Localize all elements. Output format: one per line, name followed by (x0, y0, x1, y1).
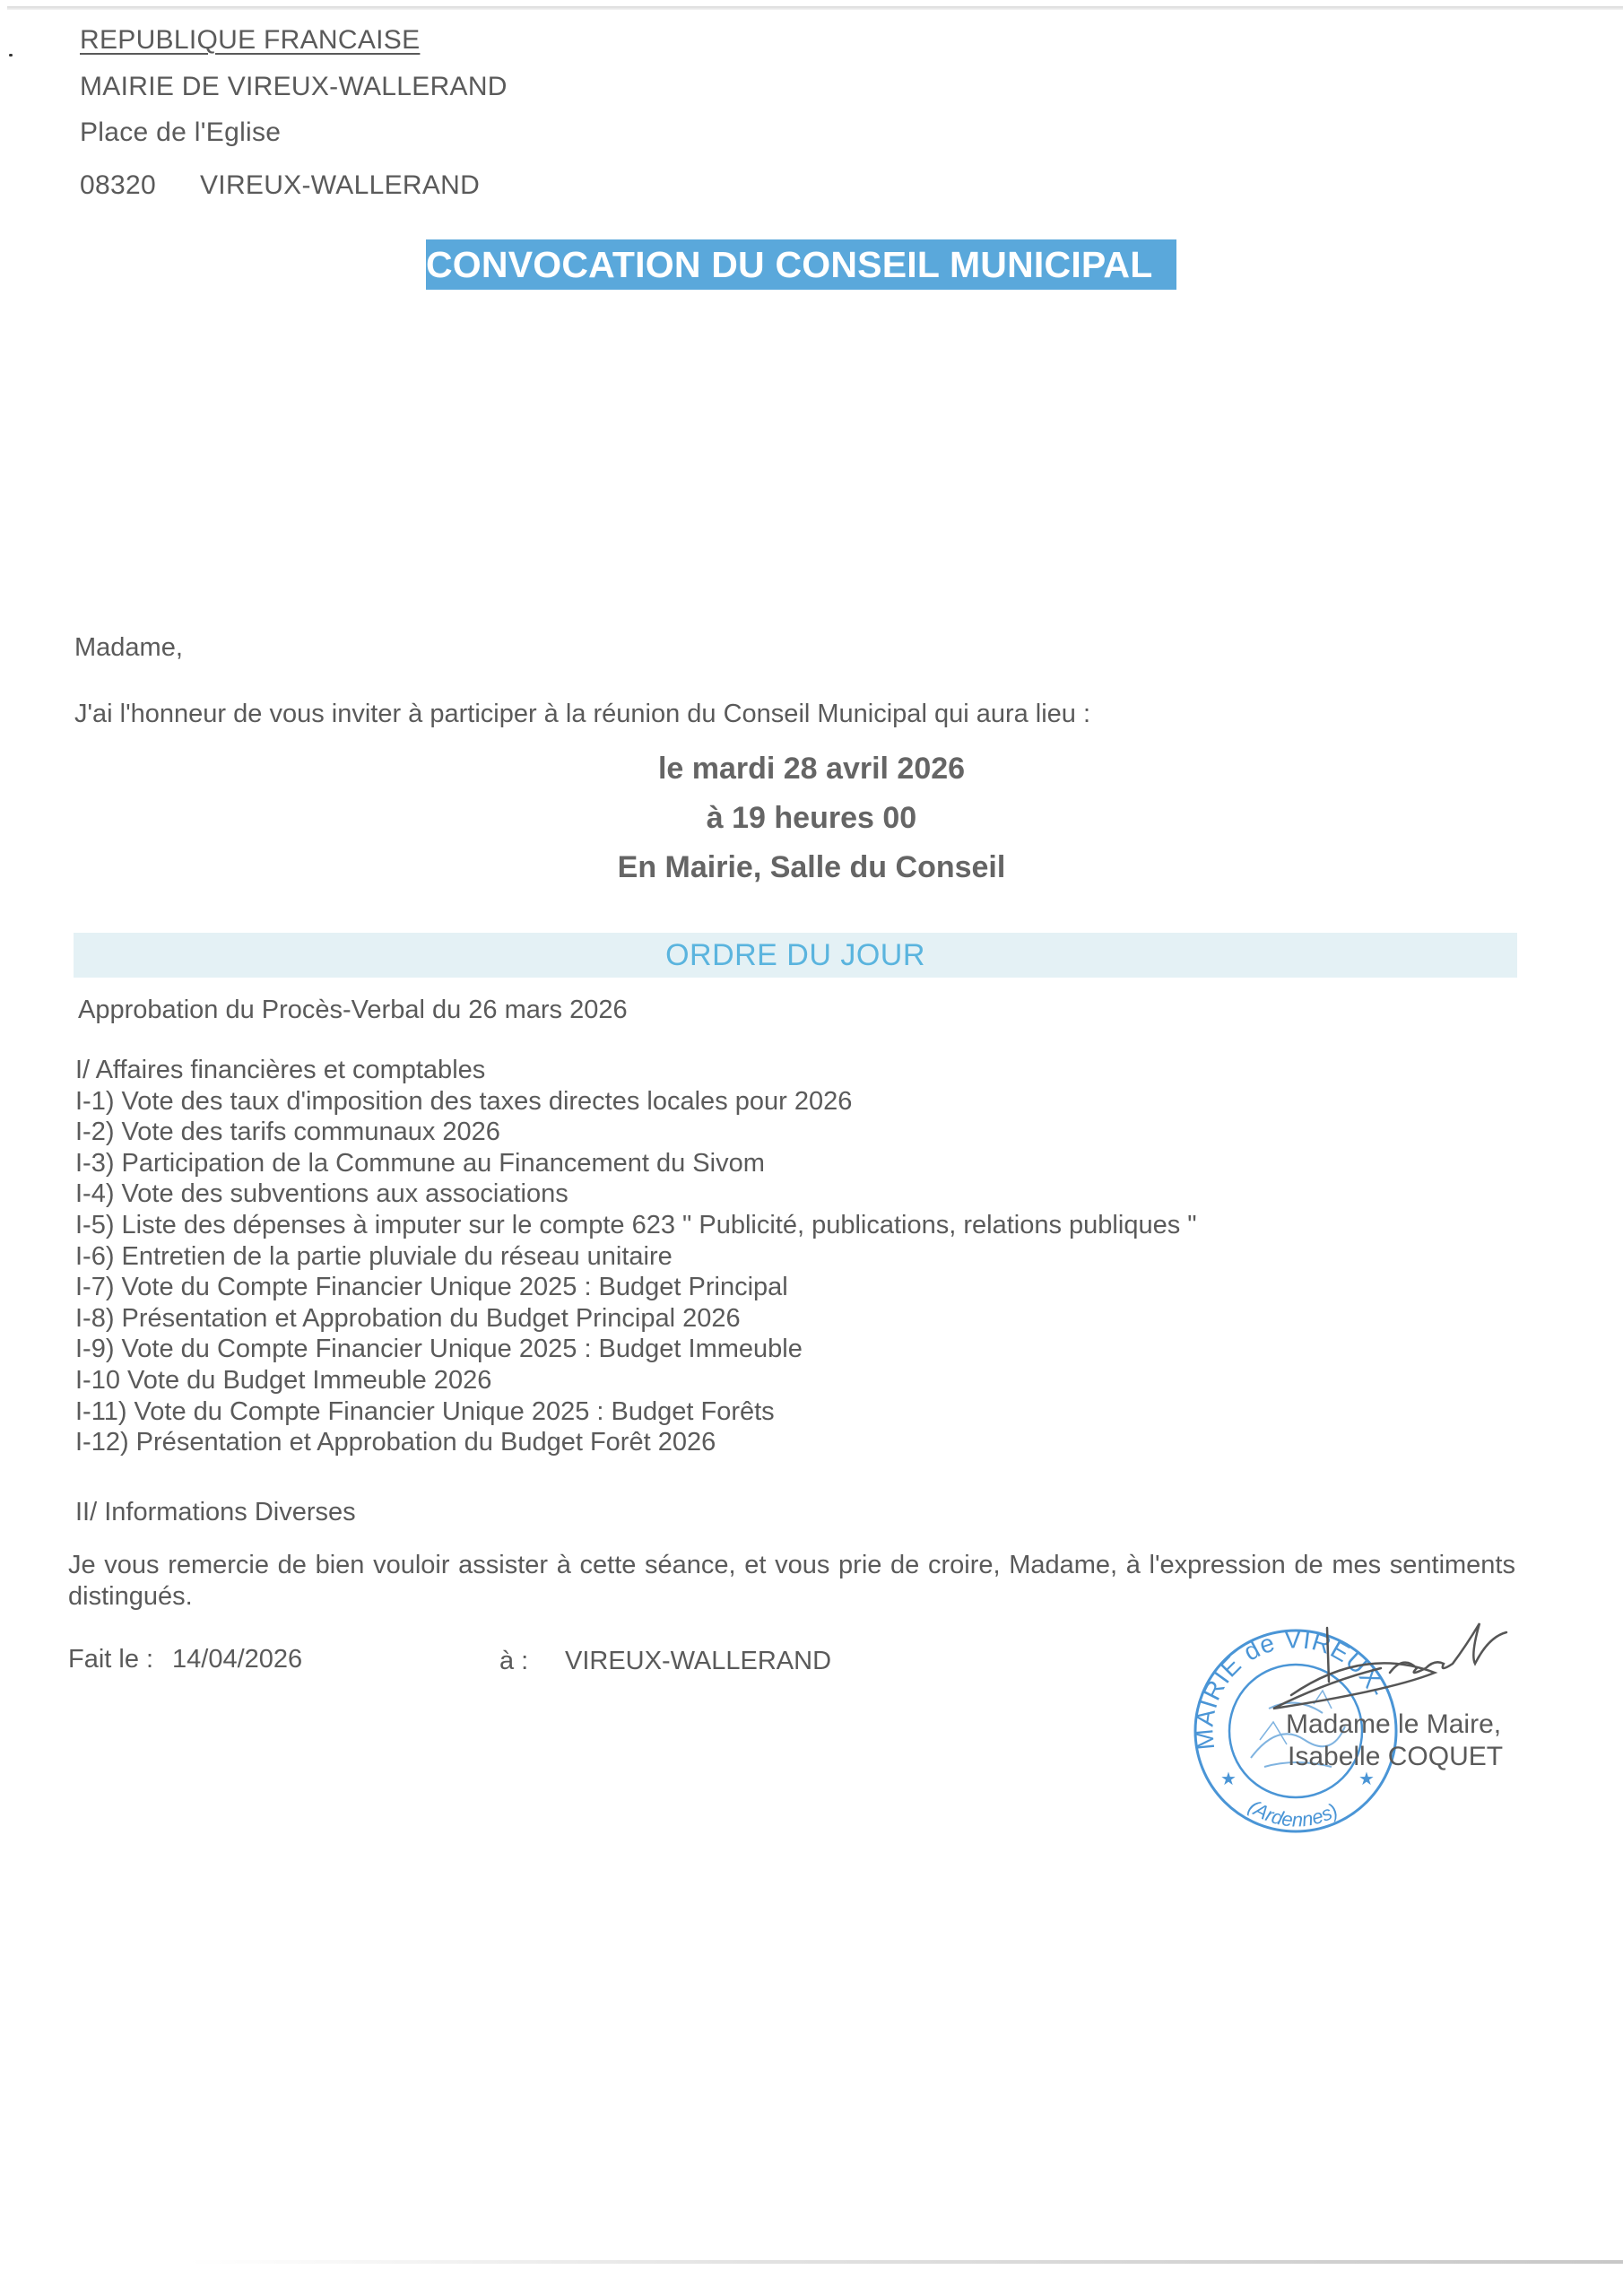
agenda-item: I-1) Vote des taux d'imposition des taxe… (75, 1086, 1197, 1118)
header-mairie: MAIRIE DE VIREUX-WALLERAND (80, 72, 508, 102)
meeting-time: à 19 heures 00 (0, 801, 1623, 836)
signatory-title: Madame le Maire, (1286, 1709, 1501, 1740)
agenda-section-2-title: II/ Informations Diverses (75, 1498, 356, 1527)
signatory-name: Isabelle COQUET (1288, 1742, 1503, 1772)
scan-edge-bottom (188, 2260, 1623, 2264)
agenda-item: I-4) Vote des subventions aux associatio… (75, 1178, 1197, 1210)
agenda-list: I/ Affaires financières et comptables I-… (75, 1055, 1197, 1458)
agenda-item: I-12) Présentation et Approbation du Bud… (75, 1427, 1197, 1458)
invitation-text: J'ai l'honneur de vous inviter à partici… (74, 700, 1090, 729)
agenda-section-1-title: I/ Affaires financières et comptables (75, 1055, 1197, 1086)
header-address: Place de l'Eglise (80, 117, 281, 148)
scan-speck (9, 54, 13, 57)
a-label: à : (499, 1647, 528, 1676)
header-city: VIREUX-WALLERAND (200, 170, 480, 201)
agenda-heading-band: ORDRE DU JOUR (74, 933, 1517, 978)
agenda-item: I-11) Vote du Compte Financier Unique 20… (75, 1396, 1197, 1428)
fait-le-date: 14/04/2026 (172, 1645, 302, 1674)
svg-text:★: ★ (1358, 1770, 1375, 1789)
header-republic: REPUBLIQUE FRANCAISE (80, 25, 420, 56)
document-title: CONVOCATION DU CONSEIL MUNICIPAL (426, 239, 1176, 290)
meeting-date: le mardi 28 avril 2026 (0, 752, 1623, 787)
agenda-item: I-6) Entretien de la partie pluviale du … (75, 1241, 1197, 1273)
header-postal-code: 08320 (80, 170, 156, 201)
agenda-item: I-7) Vote du Compte Financier Unique 202… (75, 1272, 1197, 1303)
scan-edge-top (7, 6, 1623, 10)
agenda-item: I-10 Vote du Budget Immeuble 2026 (75, 1365, 1197, 1396)
meeting-place: En Mairie, Salle du Conseil (0, 850, 1623, 885)
agenda-item: I-3) Participation de la Commune au Fina… (75, 1148, 1197, 1179)
agenda-item: I-8) Présentation et Approbation du Budg… (75, 1303, 1197, 1335)
agenda-item: I-9) Vote du Compte Financier Unique 202… (75, 1334, 1197, 1365)
svg-text:★: ★ (1220, 1770, 1237, 1789)
closing-paragraph: Je vous remercie de bien vouloir assiste… (68, 1550, 1515, 1613)
fait-le-label: Fait le : (68, 1645, 153, 1674)
agenda-item: I-5) Liste des dépenses à imputer sur le… (75, 1210, 1197, 1241)
a-place: VIREUX-WALLERAND (565, 1647, 831, 1676)
agenda-heading: ORDRE DU JOUR (74, 933, 1517, 978)
agenda-item: I-2) Vote des tarifs communaux 2026 (75, 1117, 1197, 1148)
agenda-preamble: Approbation du Procès-Verbal du 26 mars … (78, 996, 628, 1025)
salutation: Madame, (74, 633, 183, 663)
